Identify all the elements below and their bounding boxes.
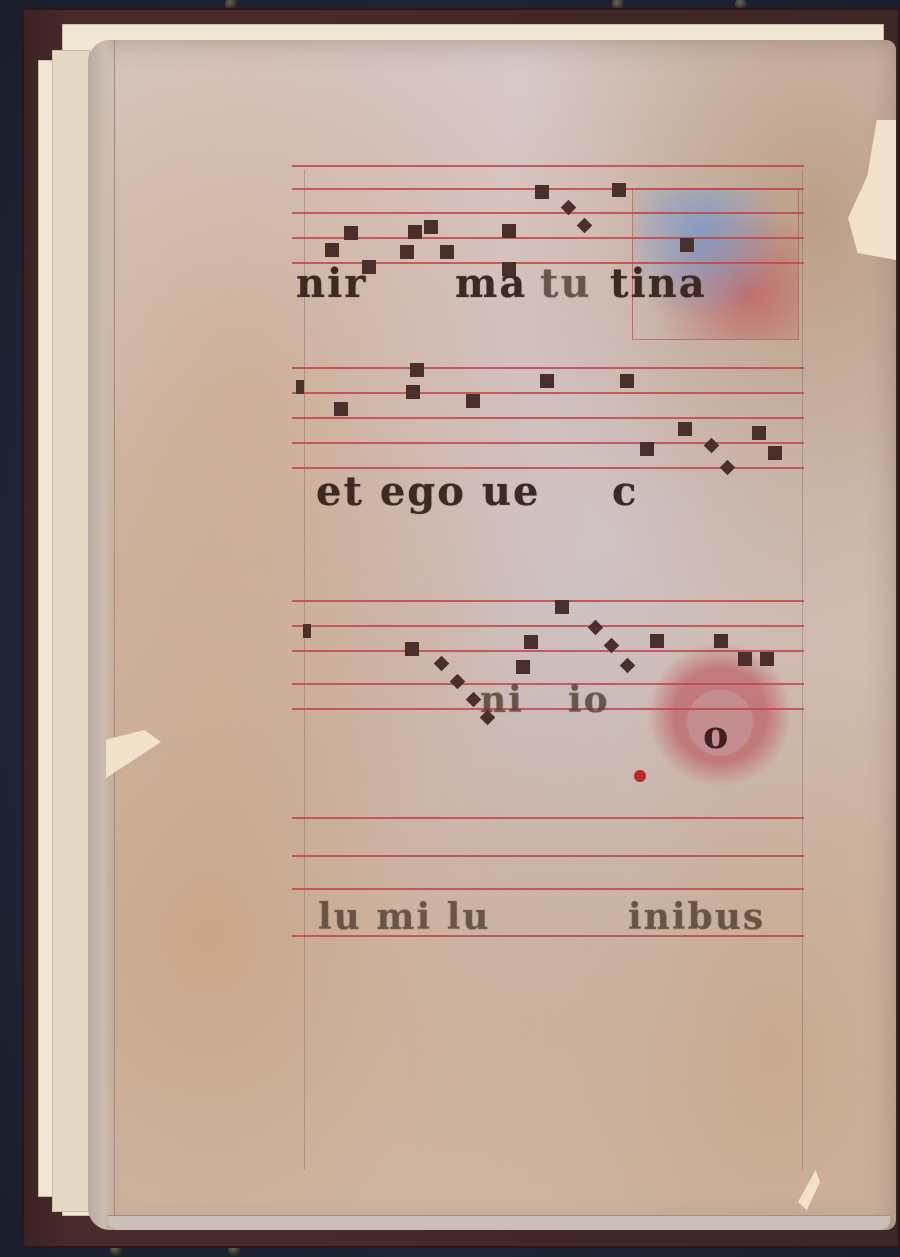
neume (440, 245, 454, 259)
neume (738, 652, 752, 666)
lyric-word: nir (296, 260, 367, 307)
neume (410, 363, 424, 377)
lyric-word: lu mi lu (318, 896, 491, 938)
staff-line (292, 888, 804, 890)
neume (334, 402, 348, 416)
neume (516, 660, 530, 674)
staff-line (292, 442, 804, 444)
neume (640, 442, 654, 456)
lyric-word: inibus (628, 896, 765, 938)
neume (680, 238, 694, 252)
neume (555, 600, 569, 614)
neume (406, 385, 420, 399)
neume (612, 183, 626, 197)
staff-line (292, 237, 804, 239)
neume (408, 225, 422, 239)
neume (325, 243, 339, 257)
neume (502, 224, 516, 238)
neume (620, 374, 634, 388)
red-ink-dot (634, 770, 646, 782)
neume (760, 652, 774, 666)
parchment-tear (798, 1170, 820, 1210)
staff-line (292, 600, 804, 602)
staff-line (292, 683, 804, 685)
neume (303, 624, 311, 638)
lyric-word: io (568, 679, 610, 721)
neume (524, 635, 538, 649)
ruling-line (304, 170, 305, 1170)
neume (466, 394, 480, 408)
lyric-word: et ego ue (316, 468, 540, 515)
neume (400, 245, 414, 259)
parchment-tear (848, 120, 896, 260)
neume (650, 634, 664, 648)
staff-line (292, 417, 804, 419)
lyric-word: c (612, 468, 638, 515)
ruling-line (802, 170, 803, 1170)
neume (344, 226, 358, 240)
neume (540, 374, 554, 388)
neume (714, 634, 728, 648)
page-edge-stack (52, 50, 90, 1212)
lyric-word: ma (455, 260, 527, 307)
staff-line (292, 165, 804, 167)
neume (362, 260, 376, 274)
staff-line (292, 392, 804, 394)
staff-line (292, 817, 804, 819)
staff-line (292, 708, 804, 710)
staff-line (292, 625, 804, 627)
neume (424, 220, 438, 234)
staff-line (292, 367, 804, 369)
staff-line (292, 650, 804, 652)
neume (678, 422, 692, 436)
initial-letter: o (703, 712, 728, 757)
neume (535, 185, 549, 199)
neume (752, 426, 766, 440)
bottom-fold (108, 1215, 890, 1230)
lyric-word: tina (610, 260, 707, 307)
neume (296, 380, 304, 394)
page-fold (88, 40, 115, 1230)
neume (768, 446, 782, 460)
neume (405, 642, 419, 656)
neume (502, 262, 516, 276)
staff-line (292, 855, 804, 857)
staff-line (292, 212, 804, 214)
lyric-word: tu (540, 260, 592, 307)
